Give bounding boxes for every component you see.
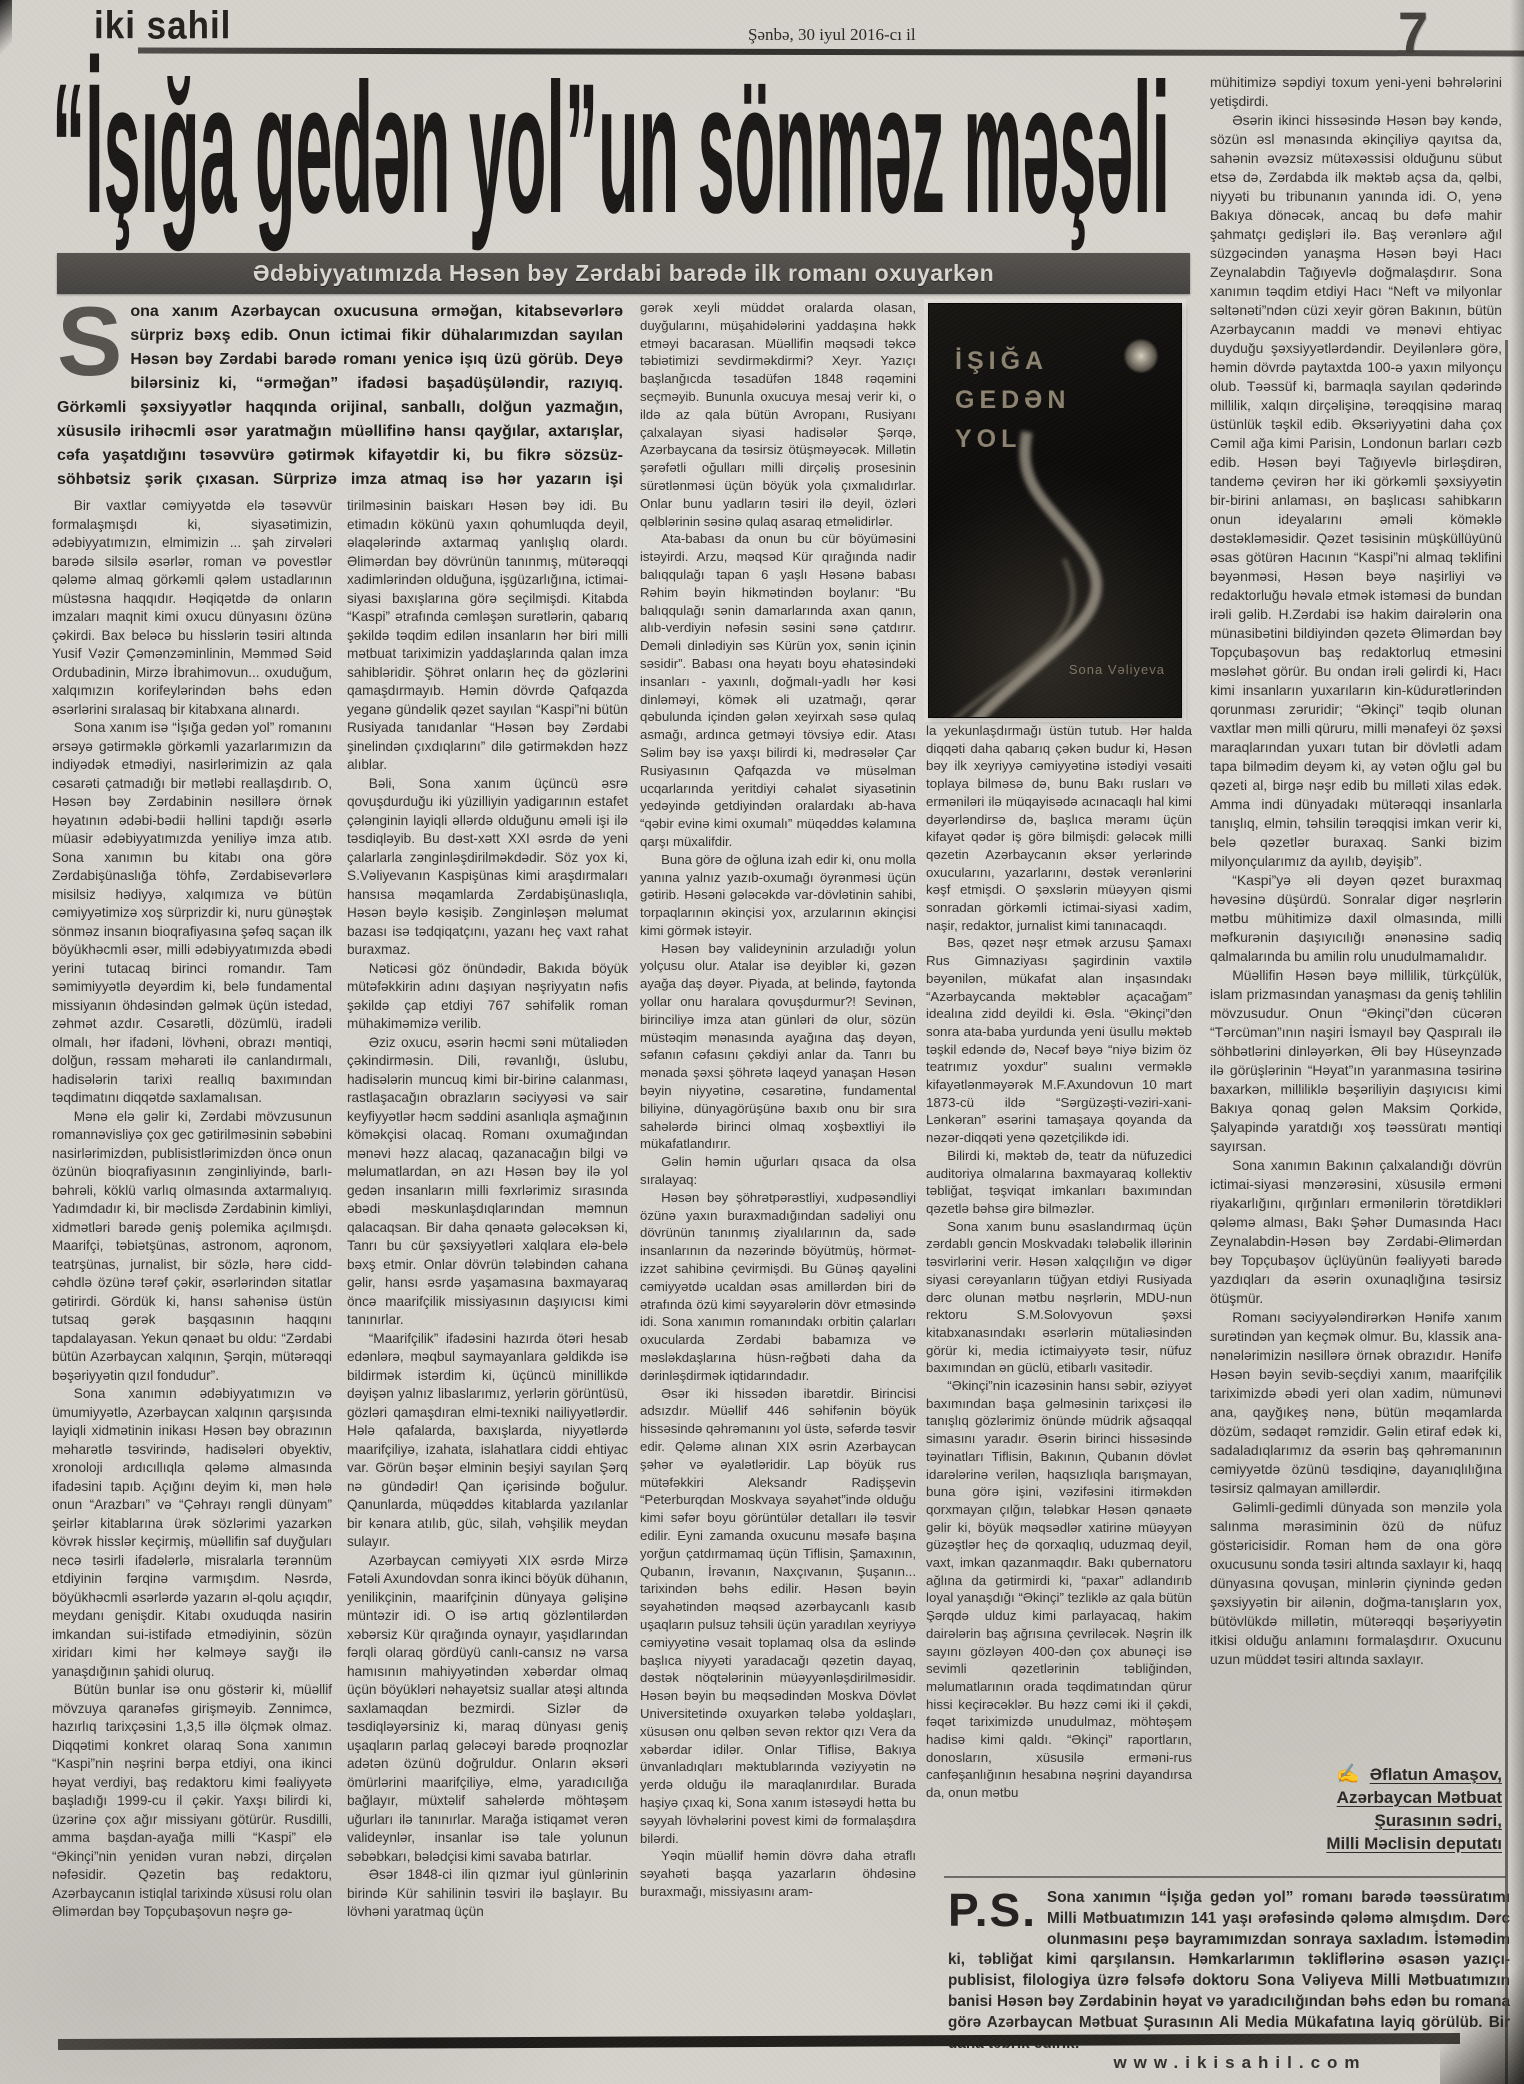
- scan-shadow-top-left: [0, 0, 12, 58]
- column-3: gərək xeyli müddət oralarda olasan, duyğ…: [640, 299, 916, 2047]
- body-paragraph: “Kaspi”yə əli dəyən qəzet buraxmaq həvəs…: [1210, 871, 1502, 966]
- body-paragraph: “Əkinçi”nin icazəsinin hansı səbir, əziy…: [926, 1377, 1192, 1802]
- byline-org-line: Azərbaycan Mətbuat: [1210, 1786, 1502, 1809]
- byline-org-line: Milli Məclisin deputatı: [1210, 1832, 1502, 1855]
- newspaper-logo: iki sahil: [94, 4, 231, 49]
- lead-paragraph: Sona xanım Azərbaycan oxucusuna ərməğan,…: [57, 300, 623, 496]
- dateline: Şənbə, 30 iyul 2016-cı il: [748, 25, 916, 45]
- body-paragraph: Nəticəsi göz önündədir, Bakıda böyük müt…: [347, 960, 628, 1034]
- body-paragraph: la yekunlaşdırmağı üstün tutub. Hər hald…: [926, 722, 1192, 934]
- column-1: Bir vaxtlar cəmiyyətdə elə təsəvvür form…: [52, 497, 332, 2049]
- book-cover-title: İŞIĞA GEDƏN YOL: [955, 342, 1070, 459]
- body-paragraph: Sona xanımın ədəbiyyatımızın və ümumiyyə…: [52, 1385, 332, 1681]
- body-paragraph: Bütün bunlar isə onu göstərir ki, müəlli…: [52, 1681, 332, 1922]
- body-paragraph: Gəlin həmin uğurları qısaca da olsa sıra…: [640, 1153, 916, 1189]
- body-paragraph: Əziz oxucu, əsərin həcmi səni mütaliədən…: [347, 1034, 628, 1330]
- kicker-text: Ədəbiyyatımızda Həsən bəy Zərdabi barədə…: [253, 260, 994, 287]
- body-paragraph: Əsərin ikinci hissəsində Həsən bəy kəndə…: [1210, 111, 1502, 871]
- book-cover-image: İŞIĞA GEDƏN YOL Sona Vəliyeva: [928, 303, 1182, 718]
- body-paragraph: Buna görə də oğluna izah edir ki, onu mo…: [640, 851, 916, 940]
- column-2: tirilməsinin baiskarı Həsən bəy idi. Bu …: [347, 497, 628, 2049]
- body-paragraph: Bəli, Sona xanım üçüncü əsrə qovuşdurduğ…: [347, 775, 628, 960]
- body-paragraph: Həsən bəy şöhrətpərəstliyi, xudpəsəndliy…: [640, 1189, 916, 1385]
- lead-text: ona xanım Azərbaycan oxucusuna ərməğan, …: [57, 303, 623, 496]
- body-paragraph: gərək xeyli müddət oralarda olasan, duyğ…: [640, 299, 916, 530]
- body-paragraph: Əsər 1848-ci ilin qızmar iyul günlərinin…: [347, 1866, 628, 1922]
- website-url: www.ikisahil.com: [1040, 2053, 1440, 2073]
- body-paragraph: Azərbaycan cəmiyyəti XIX əsrdə Mirzə Fət…: [347, 1552, 628, 1867]
- byline-org-line: Şurasının sədri,: [1210, 1809, 1502, 1832]
- column-4: la yekunlaşdırmağı üstün tutub. Hər hald…: [926, 722, 1192, 1864]
- column-5: mühitimizə səpdiyi toxum yeni-yeni bəhrə…: [1210, 73, 1502, 1763]
- newspaper-page: iki sahil Şənbə, 30 iyul 2016-cı il 7 “İ…: [0, 0, 1524, 2084]
- body-paragraph: Mənə elə gəlir ki, Zərdabi mövzusunun ro…: [52, 1108, 332, 1386]
- ps-note: P.S.Sona xanımın “İşığa gedən yol” roman…: [948, 1888, 1510, 2048]
- body-paragraph: Bilirdi ki, məktəb də, teatr da nüfuzedi…: [926, 1147, 1192, 1218]
- ps-divider-rule: [944, 1876, 1506, 1878]
- kicker-banner: Ədəbiyyatımızda Həsən bəy Zərdabi barədə…: [57, 253, 1190, 294]
- pen-icon: ✍: [1336, 1763, 1360, 1786]
- scan-shadow-bottom-right: [1440, 1960, 1524, 2084]
- body-paragraph: Bir vaxtlar cəmiyyətdə elə təsəvvür form…: [52, 497, 332, 719]
- body-paragraph: Yəqin müəllif həmin dövrə daha ətraflı s…: [640, 1847, 916, 1900]
- body-paragraph: Gəlimli-gedimli dünyada son mənzilə yola…: [1210, 1498, 1502, 1669]
- body-paragraph: mühitimizə səpdiyi toxum yeni-yeni bəhrə…: [1210, 73, 1502, 111]
- body-paragraph: tirilməsinin baiskarı Həsən bəy idi. Bu …: [347, 497, 628, 775]
- body-paragraph: Həsən bəy valideyninin arzuladığı yolun …: [640, 940, 916, 1154]
- svg-text:“İşığa gedən yol”un sönməz məş: “İşığa gedən yol”un sönməz məşəli: [52, 50, 1170, 252]
- body-paragraph: Əsər iki hissədən ibarətdir. Birincisi a…: [640, 1385, 916, 1848]
- scan-shadow-right: [1510, 0, 1524, 2084]
- byline-name: Əflatun Amaşov,: [1370, 1765, 1502, 1784]
- page-number: 7: [1398, 0, 1428, 65]
- body-paragraph: Müəllifin Həsən bəyə millilik, türkçülük…: [1210, 966, 1502, 1156]
- byline: ✍Əflatun Amaşov, Azərbaycan Mətbuat Şura…: [1210, 1763, 1502, 1855]
- drop-cap: S: [57, 300, 130, 377]
- book-cover-author: Sona Vəliyeva: [1069, 662, 1165, 677]
- scan-edge-line: [1505, 340, 1508, 2084]
- body-paragraph: “Maarifçilik” ifadəsini hazırda ötəri he…: [347, 1330, 628, 1552]
- ps-label: P.S.: [948, 1892, 1037, 1929]
- body-paragraph: Ata-babası da onun bu cür böyüməsini ist…: [640, 530, 916, 850]
- body-paragraph: Sona xanımın Bakının çalxalandığı dövrün…: [1210, 1156, 1502, 1308]
- body-paragraph: Bəs, qəzet nəşr etmək arzusu Şamaxı Rus …: [926, 934, 1192, 1146]
- body-paragraph: Romanı səciyyələndirərkən Hənifə xanım s…: [1210, 1308, 1502, 1498]
- headline: “İşığa gedən yol”un sönməz məşəli: [50, 50, 1175, 260]
- body-paragraph: Sona xanım isə “İşığa gedən yol” romanın…: [52, 719, 332, 1108]
- body-paragraph: Sona xanım bunu əsaslandırmaq üçün zərda…: [926, 1218, 1192, 1377]
